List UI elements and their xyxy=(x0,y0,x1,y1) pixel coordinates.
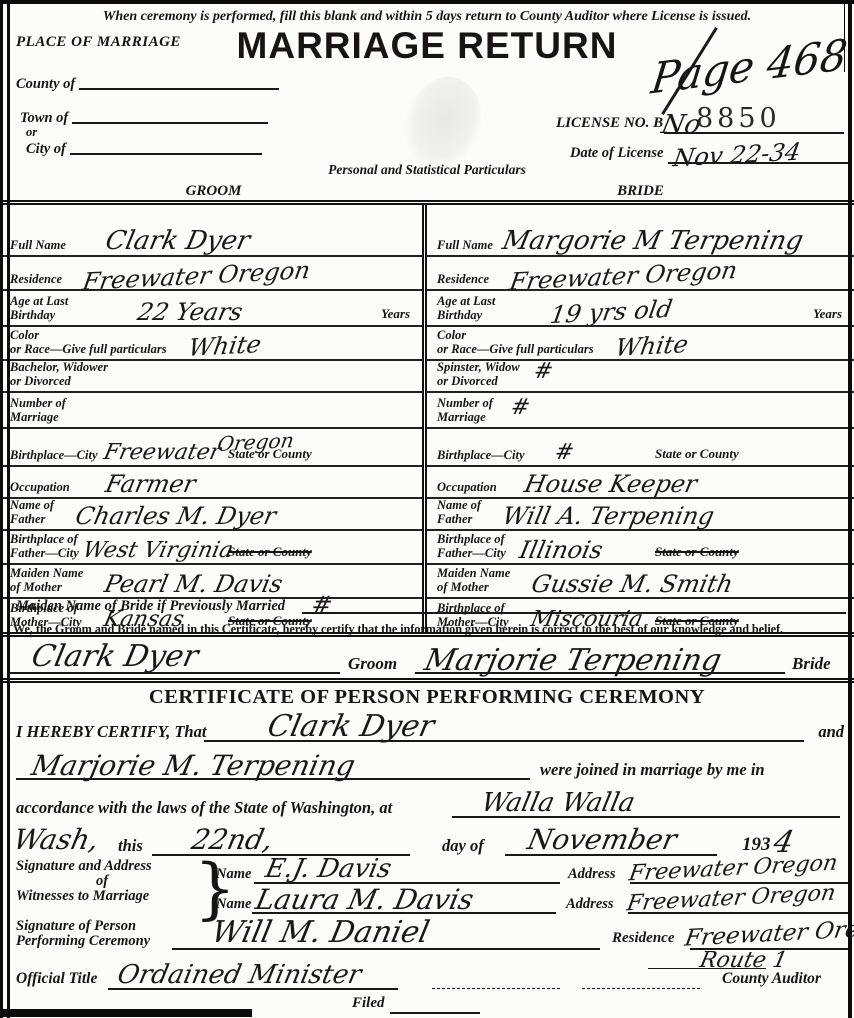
license-number-line: LICENSE NO. B No 8850 xyxy=(556,106,848,136)
ceremony-bride-name: Marjorie M. Terpening xyxy=(29,752,357,780)
state-or-county-suffix: State or County xyxy=(655,446,739,462)
witnesses-label-line3: Witnesses to Marriage xyxy=(16,888,149,905)
field-label: Birthplace—City xyxy=(437,448,525,462)
bride-column-header: BRIDE xyxy=(427,183,854,200)
instruction-line: When ceremony is performed, fill this bl… xyxy=(0,9,854,25)
field-label: Name of xyxy=(437,498,481,512)
ceremony-groom-name: Clark Dyer xyxy=(265,712,437,742)
groom-number-of-marriage-field: Number ofMarriage xyxy=(0,393,422,429)
groom-father-name-value: Charles M. Dyer xyxy=(74,504,279,528)
and-label: and xyxy=(818,722,844,742)
field-label: Maiden Name xyxy=(437,566,510,580)
witness1-address: Freewater Oregon xyxy=(627,853,839,886)
city-of-blank xyxy=(70,139,262,155)
field-label: Number of xyxy=(437,396,493,410)
bride-birthplace-field: Birthplace—City # State or County xyxy=(427,429,854,467)
license-block: LICENSE NO. B No 8850 Date of License No… xyxy=(556,106,848,166)
or-label: or xyxy=(26,125,37,140)
day-of-label: day of xyxy=(442,836,484,856)
officiant-label-line2: Performing Ceremony xyxy=(16,933,150,950)
bride-father-name-value: Will A. Terpening xyxy=(501,504,717,528)
groom-column: Full Name Clark Dyer Residence Freewater… xyxy=(0,205,427,632)
field-label: Age at Last xyxy=(10,294,68,308)
joined-label: were joined in marriage by me in xyxy=(540,760,765,780)
bride-full-name-field: Full Name Margorie M Terpening xyxy=(427,205,854,257)
bride-birthplace-value: # xyxy=(552,442,575,464)
groom-age-value: 22 Years xyxy=(136,300,245,324)
field-label: Full Name xyxy=(437,238,493,252)
official-title-row: Official Title Ordained Minister County … xyxy=(0,964,854,992)
section-divider xyxy=(0,678,854,683)
field-label: Occupation xyxy=(437,480,497,494)
bride-color-value: White xyxy=(613,332,689,360)
town-of-blank xyxy=(72,108,268,124)
town-of-label: Town of xyxy=(20,110,68,126)
bride-occupation-value: House Keeper xyxy=(522,472,699,496)
bride-occupation-field: Occupation House Keeper xyxy=(427,467,854,499)
witness2-address-label: Address xyxy=(566,896,614,913)
field-label: Residence xyxy=(10,272,62,286)
witness1-name: E.J. Davis xyxy=(263,856,393,882)
ceremony-certificate-title: CERTIFICATE OF PERSON PERFORMING CEREMON… xyxy=(0,686,854,709)
groom-birthplace-field: Birthplace—City Freewater Oregon State o… xyxy=(0,429,422,467)
groom-column-header: GROOM xyxy=(0,183,427,200)
bride-father-birthplace-value: Illinois xyxy=(517,538,605,562)
county-auditor-label: County Auditor xyxy=(722,970,821,988)
groom-signature: Clark Dyer xyxy=(29,642,201,672)
groom-occupation-field: Occupation Farmer xyxy=(0,467,422,499)
particulars-table: Full Name Clark Dyer Residence Freewater… xyxy=(0,200,854,637)
scan-border-left xyxy=(0,0,3,1018)
bride-color-field: Coloror Race—Give full particulars White xyxy=(427,327,854,361)
field-label: Residence xyxy=(437,272,489,286)
state-or-county-suffix: State or County xyxy=(228,446,312,462)
scan-border-right-inner xyxy=(844,0,845,72)
bride-residence-value: Freewater Oregon xyxy=(508,258,739,294)
groom-bachelor-field: Bachelor, Widoweror Divorced xyxy=(0,361,422,393)
bride-father-name-field: Name ofFather Will A. Terpening xyxy=(427,499,854,531)
city-of-field: City of xyxy=(26,139,262,158)
filler-dashes-2 xyxy=(582,988,700,989)
groom-color-value: White xyxy=(186,332,262,360)
field-label: Occupation xyxy=(10,480,70,494)
certify-line-1: I HEREBY CERTIFY, That Clark Dyer and xyxy=(0,712,854,744)
bride-age-field: Age at LastBirthday 19 yrs old Years xyxy=(427,291,854,327)
groom-father-name-field: Name ofFather Charles M. Dyer xyxy=(0,499,422,531)
maiden-name-if-previously-married-field: Maiden Name of Bride if Previously Marri… xyxy=(16,591,846,617)
bride-number-of-marriage-value: # xyxy=(509,397,532,419)
scan-border-right xyxy=(848,0,852,1018)
certify-line-4: Wash, this 22nd, day of November 193 4 xyxy=(0,824,854,858)
official-title-value: Ordained Minister xyxy=(115,962,363,988)
county-of-label: County of xyxy=(16,76,75,92)
state-or-county-suffix: State or County xyxy=(655,544,739,560)
field-label: Color xyxy=(437,328,594,342)
field-label: Birthplace of xyxy=(437,532,506,546)
maiden-name-blank xyxy=(302,612,846,614)
groom-age-field: Age at LastBirthday 22 Years Years xyxy=(0,291,422,327)
field-label: Color xyxy=(10,328,167,342)
bride-spinster-value: # xyxy=(531,361,554,383)
year-printed: 193 xyxy=(742,834,771,856)
witness1-address-label: Address xyxy=(568,866,616,883)
field-label: Bachelor, Widower xyxy=(10,360,108,374)
field-label: Full Name xyxy=(10,238,66,252)
field-label: Maiden Name xyxy=(10,566,83,580)
place2-value: Wash, xyxy=(11,826,101,854)
license-number-stamp: 8850 xyxy=(696,103,781,134)
accordance-label: accordance with the laws of the State of… xyxy=(16,798,392,818)
county-of-blank xyxy=(79,74,279,90)
years-suffix: Years xyxy=(381,306,410,322)
certify-label: I HEREBY CERTIFY, That xyxy=(16,722,206,742)
field-label: Birthplace—City xyxy=(10,448,98,462)
years-suffix: Years xyxy=(813,306,842,322)
bride-spinster-field: Spinster, Widowor Divorced # xyxy=(427,361,854,393)
state-or-county-suffix: State or County xyxy=(228,544,312,560)
bride-column: Full Name Margorie M Terpening Residence… xyxy=(427,205,854,632)
field-label: Birthplace of xyxy=(10,532,79,546)
groom-color-field: Coloror Race—Give full particulars White xyxy=(0,327,422,361)
witness2-name: Laura M. Davis xyxy=(253,886,476,914)
field-label: Age at Last xyxy=(437,294,495,308)
groom-father-birthplace-value: West Virginia xyxy=(80,540,234,562)
filed-blank xyxy=(390,1012,480,1014)
groom-signature-label: Groom xyxy=(348,654,397,674)
bride-number-of-marriage-field: Number ofMarriage # xyxy=(427,393,854,429)
official-title-label: Official Title xyxy=(16,970,97,988)
bride-father-birthplace-field: Birthplace ofFather—City Illinois State … xyxy=(427,531,854,565)
witnesses-label-line1: Signature and Address xyxy=(16,858,152,875)
filler-dashes-1 xyxy=(432,988,560,989)
scan-border-top xyxy=(0,0,854,4)
place-value: Walla Walla xyxy=(479,790,637,816)
bride-full-name-value: Margorie M Terpening xyxy=(500,228,805,254)
scan-artifact-bar xyxy=(0,1009,252,1017)
bride-age-value: 19 yrs old xyxy=(549,297,675,327)
filed-label: Filed xyxy=(352,995,385,1012)
bride-signature-label: Bride xyxy=(792,654,831,674)
this-label: this xyxy=(118,836,143,856)
joint-signature-row: Clark Dyer Groom Marjorie Terpening Brid… xyxy=(0,634,854,676)
groom-full-name-value: Clark Dyer xyxy=(103,228,252,254)
month-value: November xyxy=(525,826,679,854)
officiant-signature: Will M. Daniel xyxy=(209,918,432,948)
witness2-address: Freewater Oregon xyxy=(625,883,837,916)
county-of-field: County of xyxy=(16,74,279,93)
particulars-section-title: Personal and Statistical Particulars xyxy=(0,162,854,178)
witnesses-block: Signature and Address of Witnesses to Ma… xyxy=(0,858,854,916)
marriage-return-document: When ceremony is performed, fill this bl… xyxy=(0,0,854,1018)
certify-line-3: accordance with the laws of the State of… xyxy=(0,790,854,820)
groom-residence-value: Freewater Oregon xyxy=(81,258,312,294)
field-label: Number of xyxy=(10,396,66,410)
bride-residence-field: Residence Freewater Oregon xyxy=(427,257,854,291)
witness1-name-label: Name xyxy=(216,866,251,883)
groom-father-birthplace-field: Birthplace ofFather—City West Virginia S… xyxy=(0,531,422,565)
residence-label: Residence xyxy=(612,930,674,947)
field-label: Spinster, Widow xyxy=(437,360,520,374)
groom-birthplace-value: Freewater xyxy=(101,442,222,464)
license-number-label: LICENSE NO. B xyxy=(556,115,663,132)
scan-border-left-inner xyxy=(7,0,10,1018)
certify-line-2: Marjorie M. Terpening were joined in mar… xyxy=(0,750,854,782)
city-of-label: City of xyxy=(26,141,66,157)
bride-signature: Marjorie Terpening xyxy=(422,646,724,676)
witness2-name-label: Name xyxy=(216,896,251,913)
officiant-residence: Freewater Oregon xyxy=(683,916,854,950)
groom-residence-field: Residence Freewater Oregon xyxy=(0,257,422,291)
town-of-field: Town of xyxy=(20,108,268,127)
date-of-license-label: Date of License xyxy=(570,145,663,162)
maiden-name-label: Maiden Name of Bride if Previously Marri… xyxy=(16,598,285,615)
groom-occupation-value: Farmer xyxy=(103,472,197,496)
field-label: Name of xyxy=(10,498,54,512)
groom-full-name-field: Full Name Clark Dyer xyxy=(0,205,422,257)
